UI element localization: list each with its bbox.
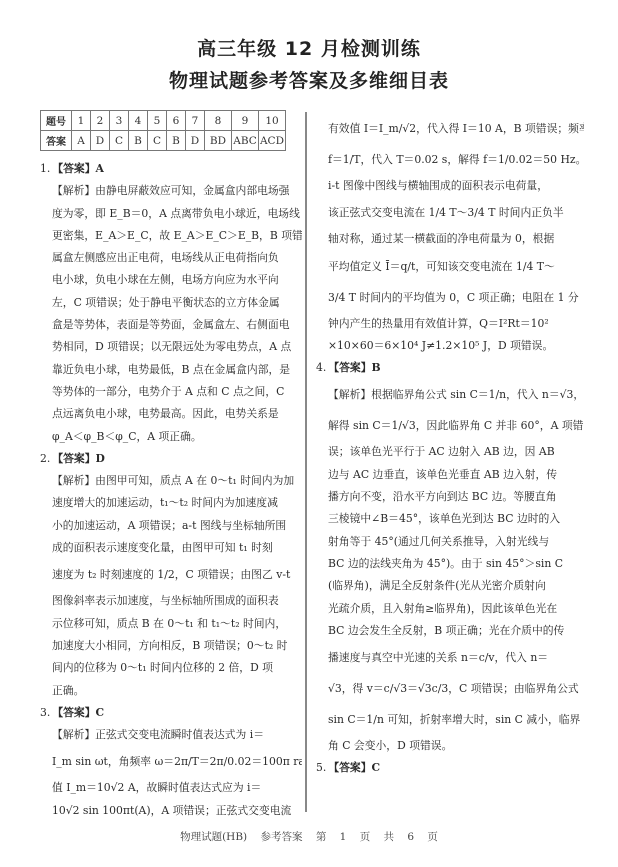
question-number: 7 (186, 111, 205, 131)
answer-cell: ACD (259, 131, 286, 151)
explanation-line: 间内的位移为 0～t₁ 时间内位移的 2 倍，D 项 (40, 657, 302, 679)
answer-label: 【答案】C (52, 706, 104, 719)
explanation-line: 角 C 会变小，D 项错误。 (316, 735, 584, 757)
question-number: 1. (40, 162, 50, 175)
answer-label: 【答案】A (52, 162, 104, 175)
explanation-line: √3，得 v＝c/√3＝√3c/3，C 项错误；由临界角公式 (316, 673, 584, 704)
row-label-question: 题号 (41, 111, 72, 131)
question-answer-heading: 3.【答案】C (40, 702, 302, 724)
explanation-line: 点远离负电小球，电势最高。因此，电势关系是 (40, 403, 302, 425)
document-subtitle: 物理试题参考答案及多维细目表 (0, 66, 618, 93)
answer-cell: BD (205, 131, 232, 151)
explanation-line: 等势体的一部分，电势介于 A 点和 C 点之间，C (40, 381, 302, 403)
question-number: 2. (40, 452, 50, 465)
explanation-line: 【解析】根据临界角公式 sin C＝1/n，代入 n＝√3， (316, 379, 584, 410)
footer-subject: 物理试题(HB) (180, 831, 247, 843)
explanation-line: 播速度与真空中光速的关系 n＝c/v，代入 n＝ (316, 642, 584, 673)
explanation-line: 射角等于 45°(通过几何关系推导，入射光线与 (316, 531, 584, 553)
explanation-line: 轴对称，通过某一横截面的净电荷量为 0，根据 (316, 228, 584, 250)
answer-cell: A (72, 131, 91, 151)
explanation-line: BC 边会发生全反射，B 项正确；光在介质中的传 (316, 620, 584, 642)
explanation-line: 靠近负电小球，电势最低，B 点在金属盒内部，是 (40, 359, 302, 381)
explanation-line: 误；该单色光平行于 AC 边射入 AB 边，因 AB (316, 441, 584, 463)
explanation-line: 播方向不变，沿水平方向到达 BC 边。等腰直角 (316, 486, 584, 508)
explanation-line: f＝1/T，代入 T＝0.02 s，解得 f＝1/0.02＝50 Hz。 (316, 144, 584, 175)
question-number: 4 (129, 111, 148, 131)
answer-label: 【答案】B (328, 361, 380, 374)
question-number: 4. (316, 361, 326, 374)
answer-key-table: 题号 1 2 3 4 5 6 7 8 9 10 答案 A D C B C B D… (40, 110, 286, 151)
explanation-line: 示位移可知，质点 B 在 0～t₁ 和 t₁～t₂ 时间内， (40, 613, 302, 635)
answer-label: 【答案】D (52, 452, 105, 465)
explanation-line: 更密集，E_A＞E_C，故 E_A＞E_C＞E_B，B 项错误；金 (40, 225, 302, 247)
explanation-line: 成的面积表示速度变化量，由图甲可知 t₁ 时刻 (40, 537, 302, 559)
question-answer-heading: 5.【答案】C (316, 757, 584, 779)
explanation-line: 势相同，D 项错误；以无限远处为零电势点，A 点 (40, 336, 302, 358)
question-number-row: 题号 1 2 3 4 5 6 7 8 9 10 (41, 111, 286, 131)
page-footer: 物理试题(HB) 参考答案 第 1 页 共 6 页 (0, 829, 618, 844)
answer-cell: B (167, 131, 186, 151)
explanation-line: 电小球，负电小球在左侧，电场方向应为水平向 (40, 269, 302, 291)
question-number: 6 (167, 111, 186, 131)
explanation-line: 【解析】由图甲可知，质点 A 在 0～t₁ 时间内为加 (40, 470, 302, 492)
explanation-line: 有效值 I＝I_m/√2，代入得 I＝10 A，B 项错误；频率 (316, 113, 584, 144)
explanation-line: 盒是等势体，表面是等势面，金属盒左、右侧面电 (40, 314, 302, 336)
explanation-line: 属盒左侧感应出正电荷，电场线从正电荷指向负 (40, 247, 302, 269)
question-number: 3 (110, 111, 129, 131)
column-divider (305, 112, 307, 812)
explanation-line: 度为零，即 E_B＝0，A 点离带负电小球近，电场线 (40, 203, 302, 225)
footer-page-number: 第 1 页 (316, 831, 370, 843)
explanation-line: 【解析】由静电屏蔽效应可知，金属盒内部电场强 (40, 180, 302, 202)
explanation-line: 【解析】正弦式交变电流瞬时值表达式为 i＝ (40, 724, 302, 746)
explanation-line: φ_A＜φ_B＜φ_C，A 项正确。 (40, 426, 302, 448)
answer-row: 答案 A D C B C B D BD ABC ACD (41, 131, 286, 151)
answer-label: 【答案】C (328, 761, 380, 774)
explanation-line: I_m sin ωt，角频率 ω＝2π/T＝2π/0.02＝100π rad/s… (40, 746, 302, 777)
answer-cell: ABC (232, 131, 259, 151)
answer-cell: B (129, 131, 148, 151)
answer-cell: C (148, 131, 167, 151)
question-answer-heading: 2.【答案】D (40, 448, 302, 470)
answer-cell: C (110, 131, 129, 151)
question-answer-heading: 1.【答案】A (40, 158, 302, 180)
explanation-line: ×10×60＝6×10⁴ J≠1.2×10⁵ J，D 项错误。 (316, 335, 584, 357)
question-number: 5 (148, 111, 167, 131)
explanation-line: 三棱镜中∠B＝45°，该单色光到达 BC 边时的入 (316, 508, 584, 530)
answer-cell: D (186, 131, 205, 151)
explanation-line: 10√2 sin 100πt(A)，A 项错误；正弦式交变电流 (40, 800, 302, 822)
explanation-line: BC 边的法线夹角为 45°)。由于 sin 45°＞sin C (316, 553, 584, 575)
answer-cell: D (91, 131, 110, 151)
explanation-line: 左，C 项错误；处于静电平衡状态的立方体金属 (40, 292, 302, 314)
left-column: 1.【答案】A【解析】由静电屏蔽效应可知，金属盒内部电场强度为零，即 E_B＝0… (40, 158, 302, 822)
explanation-line: sin C＝1/n 可知，折射率增大时，sin C 减小，临界 (316, 704, 584, 735)
explanation-line: 边与 AC 边垂直，该单色光垂直 AB 边入射，传 (316, 464, 584, 486)
explanation-line: (临界角)，满足全反射条件(光从光密介质射向 (316, 575, 584, 597)
explanation-line: 正确。 (40, 680, 302, 702)
row-label-answer: 答案 (41, 131, 72, 151)
footer-doc-type: 参考答案 (261, 831, 303, 843)
question-number: 5. (316, 761, 326, 774)
footer-total-pages: 共 6 页 (384, 831, 438, 843)
question-number: 9 (232, 111, 259, 131)
question-answer-heading: 4.【答案】B (316, 357, 584, 379)
explanation-line: 小的加速运动，A 项错误；a-t 图线与坐标轴所围 (40, 515, 302, 537)
explanation-line: 速度增大的加速运动，t₁～t₂ 时间内为加速度减 (40, 492, 302, 514)
question-number: 2 (91, 111, 110, 131)
question-number: 10 (259, 111, 286, 131)
explanation-line: 钟内产生的热量用有效值计算，Q＝I²Rt＝10² (316, 313, 584, 335)
question-number: 3. (40, 706, 50, 719)
document-title: 高三年级 12 月检测训练 (0, 34, 618, 61)
explanation-line: i-t 图像中图线与横轴围成的面积表示电荷量， (316, 175, 584, 197)
explanation-line: 解得 sin C＝1/√3，因此临界角 C 并非 60°，A 项错 (316, 410, 584, 441)
explanation-line: 该正弦式交变电流在 1/4 T～3/4 T 时间内正负半 (316, 197, 584, 228)
explanation-line: 平均值定义 Ī＝q/t，可知该交变电流在 1/4 T～ (316, 251, 584, 282)
explanation-line: 3/4 T 时间内的平均值为 0，C 项正确；电阻在 1 分 (316, 282, 584, 313)
explanation-line: 速度为 t₂ 时刻速度的 1/2，C 项错误；由图乙 v-t (40, 559, 302, 590)
question-number: 1 (72, 111, 91, 131)
explanation-line: 加速度大小相同，方向相反，B 项错误；0～t₂ 时 (40, 635, 302, 657)
explanation-line: 值 I_m＝10√2 A，故瞬时值表达式应为 i＝ (40, 777, 302, 799)
explanation-line: 图像斜率表示加速度，与坐标轴所围成的面积表 (40, 590, 302, 612)
question-number: 8 (205, 111, 232, 131)
right-column: 有效值 I＝I_m/√2，代入得 I＝10 A，B 项错误；频率f＝1/T，代入… (316, 113, 584, 780)
explanation-line: 光疏介质，且入射角≥临界角)，因此该单色光在 (316, 598, 584, 620)
